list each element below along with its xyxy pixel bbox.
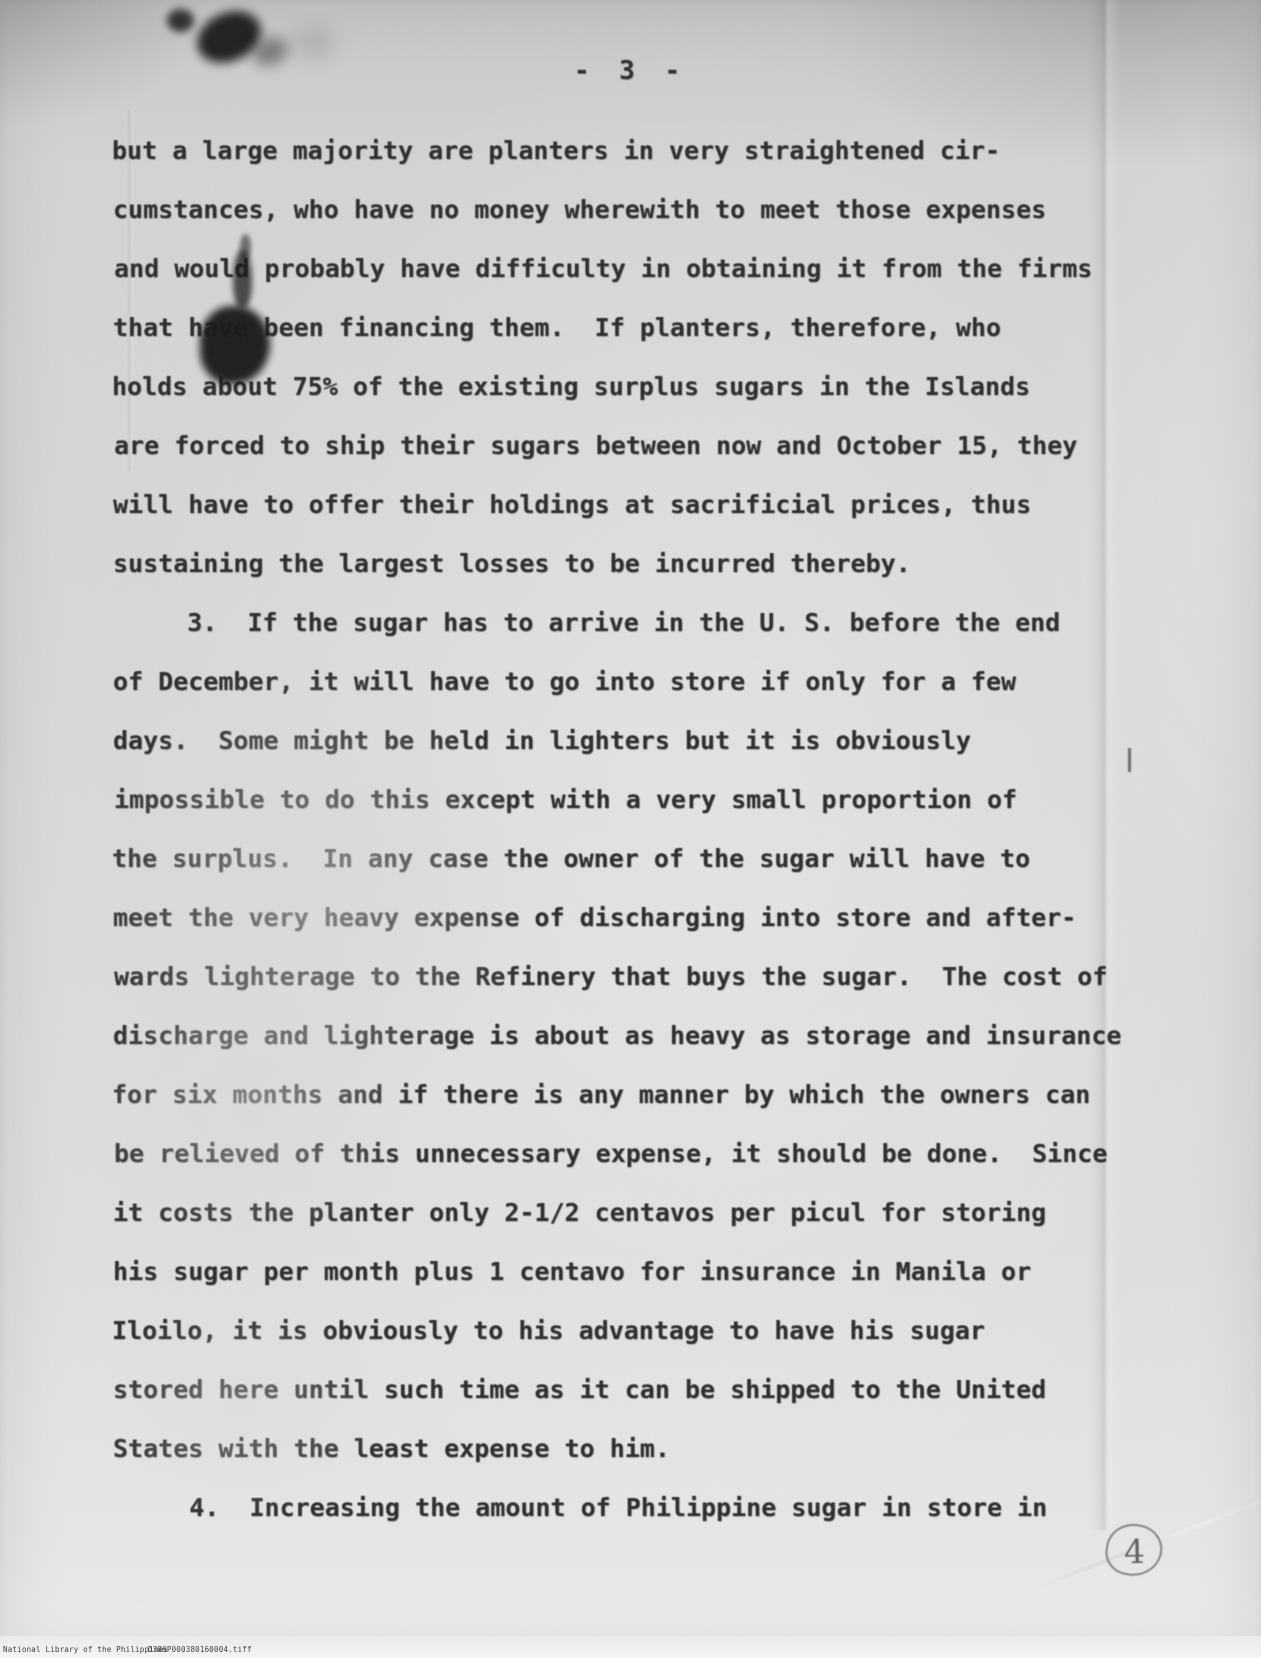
- text-line: wards lighterage to the Refinery that bu…: [114, 947, 1209, 1006]
- text-line: and would probably have difficulty in ob…: [114, 239, 1209, 298]
- text-line: that have been financing them. If plante…: [113, 298, 1208, 357]
- text-line: will have to offer their holdings at sac…: [113, 475, 1208, 534]
- text-line: of December, it will have to go into sto…: [113, 652, 1208, 711]
- text-line: for six months and if there is any manne…: [112, 1065, 1207, 1124]
- text-line: discharge and lighterage is about as hea…: [113, 1006, 1208, 1065]
- typewritten-body: but a large majority are planters in ver…: [113, 121, 1208, 1537]
- text-line: days. Some might be held in lighters but…: [113, 711, 1208, 770]
- text-line: holds about 75% of the existing surplus …: [112, 357, 1207, 416]
- scanner-footer-bar: National Library of the Philippines D386…: [0, 1636, 1261, 1658]
- ink-blot: [240, 234, 251, 260]
- text-line: be relieved of this unnecessary expense,…: [114, 1124, 1209, 1183]
- scan-filename: D386P000380160004.tiff: [148, 1645, 252, 1654]
- text-line: the surplus. In any case the owner of th…: [112, 829, 1207, 888]
- page-number: - 3 -: [0, 56, 1261, 86]
- text-line: cumstances, who have no money wherewith …: [113, 180, 1208, 239]
- text-line: it costs the planter only 2-1/2 centavos…: [113, 1183, 1208, 1242]
- text-line: his sugar per month plus 1 centavo for i…: [113, 1242, 1208, 1301]
- text-line: 3. If the sugar has to arrive in the U. …: [112, 593, 1207, 652]
- ink-blot: [167, 9, 194, 32]
- text-line: stored here until such time as it can be…: [113, 1360, 1208, 1419]
- text-line: impossible to do this except with a very…: [114, 770, 1209, 829]
- text-line: Iloilo, it is obviously to his advantage…: [112, 1301, 1207, 1360]
- text-line: sustaining the largest losses to be incu…: [113, 534, 1208, 593]
- text-line: but a large majority are planters in ver…: [112, 121, 1207, 180]
- text-line: 4. Increasing the amount of Philippine s…: [114, 1478, 1209, 1537]
- stray-ink-mark: [1128, 748, 1131, 772]
- text-line: meet the very heavy expense of dischargi…: [113, 888, 1208, 947]
- text-line: are forced to ship their sugars between …: [114, 416, 1209, 475]
- library-credit: National Library of the Philippines: [3, 1645, 168, 1654]
- scanned-document-page: - 3 - but a large majority are planters …: [0, 0, 1261, 1658]
- text-line: States with the least expense to him.: [113, 1419, 1208, 1478]
- handwritten-number: 4: [1123, 1531, 1145, 1570]
- ink-smudge: [292, 26, 336, 60]
